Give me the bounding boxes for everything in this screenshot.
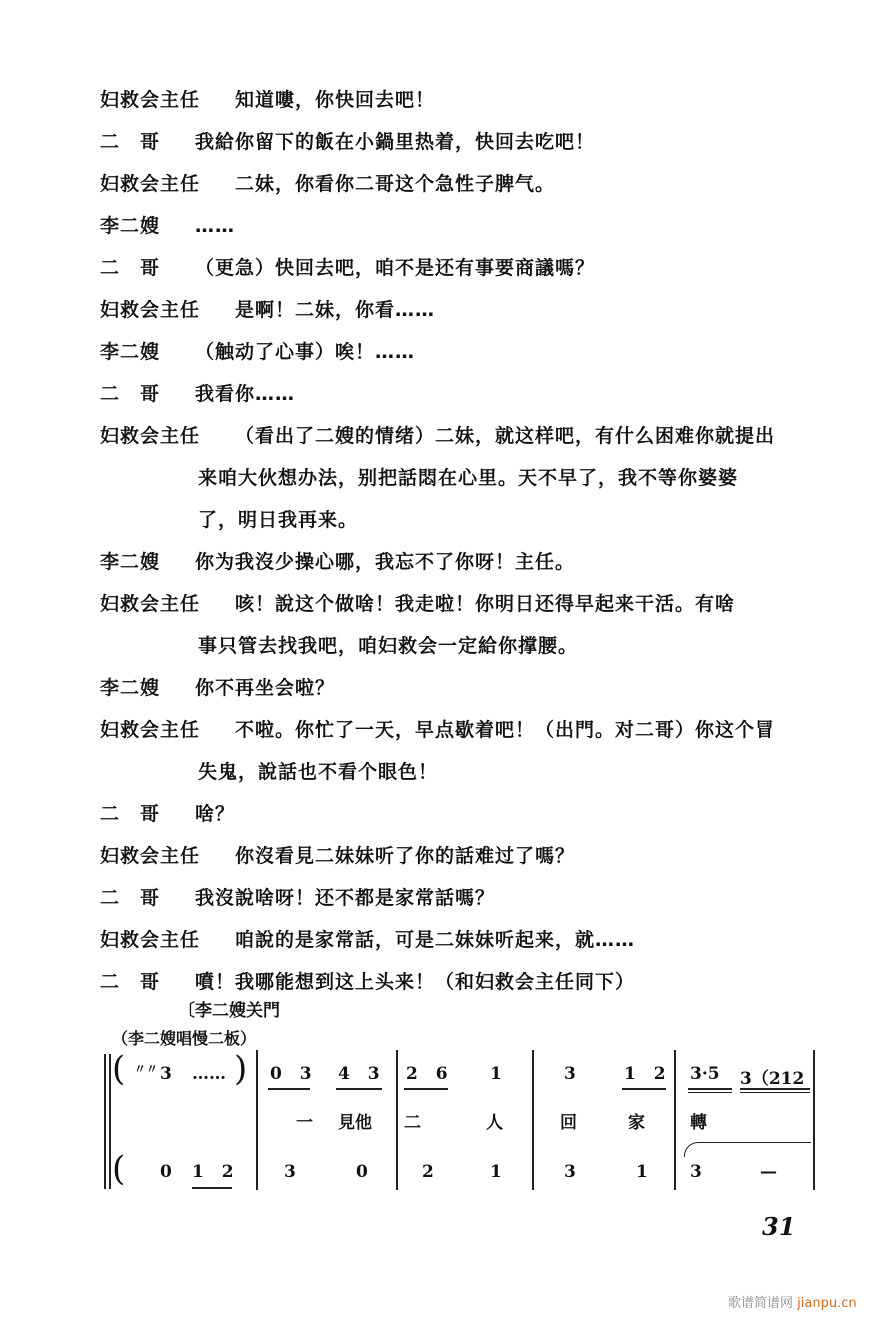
dialogue-text: 我給你留下的飯在小鍋里热着，快回去吃吧！ [195,131,595,153]
underline [740,1088,810,1090]
speaker-name: 妇救会主任 [100,424,235,448]
underline [688,1092,732,1093]
speaker-name: 二 哥 [100,970,195,994]
note: 2 6 [406,1064,454,1084]
dialogue-text: …… [195,215,235,237]
speaker-name: 妇救会主任 [100,298,235,322]
dialogue-line: 妇救会主任是啊！二妹，你看…… [100,298,435,322]
dialogue-text: 你为我沒少操心哪，我忘不了你呀！主任。 [195,551,575,573]
note: 1 [490,1064,502,1084]
dialogue-text: （触动了心事）唉！…… [195,341,415,363]
speaker-name: 二 哥 [100,130,195,154]
dialogue-line: 妇救会主任（看出了二嫂的情绪）二妹，就这样吧，有什么困难你就提出 [100,424,775,448]
note: 3 [564,1162,576,1182]
dialogue-line: 妇救会主任二妹，你看你二哥这个急性子脾气。 [100,172,555,196]
speaker-name: 妇救会主任 [100,592,235,616]
system-bracket [109,1054,111,1189]
dialogue-line: 二 哥我沒說啥呀！还不都是家常話嗎？ [100,886,495,910]
watermark-cn: 歌谱简谱网 [728,1296,793,1311]
barline [674,1050,676,1190]
music-heading: （李二嫂唱慢二板） [112,1026,256,1049]
speaker-name: 李二嫂 [100,676,195,700]
speaker-name: 妇救会主任 [100,844,235,868]
note: 3 [690,1162,702,1182]
note: 2 [422,1162,434,1182]
dialogue-line: 妇救会主任咳！說这个做啥！我走啦！你明日还得早起来干活。有啥 [100,592,735,616]
dialogue-text: 我沒說啥呀！还不都是家常話嗎？ [195,887,495,909]
speaker-name: 妇救会主任 [100,88,235,112]
note: 3 [564,1064,576,1084]
dialogue-line: 李二嫂你为我沒少操心哪，我忘不了你呀！主任。 [100,550,575,574]
note: 1 [490,1162,502,1182]
dialogue-text: 啥？ [195,803,235,825]
dialogue-text: 不啦。你忙了一天，早点歇着吧！（出門。对二哥）你这个冒 [235,719,775,741]
dash-sustain: — [760,1162,777,1182]
dialogue-line: 二 哥我看你…… [100,382,295,406]
dialogue-line: 妇救会主任你沒看見二妹妹听了你的話难过了嗎？ [100,844,575,868]
underline [268,1088,310,1090]
dialogue-continuation: 来咱大伙想办法，别把話悶在心里。天不早了，我不等你婆婆 [198,466,738,490]
speaker-name: 二 哥 [100,802,195,826]
note: 0 3 [270,1064,318,1084]
speaker-name: 二 哥 [100,886,195,910]
note: 0 [160,1162,172,1182]
dialogue-text: 你不再坐会啦？ [195,677,335,699]
dialogue-line: 二 哥（更急）快回去吧，咱不是还有事要商議嗎？ [100,256,595,280]
dialogue-line: 二 哥我給你留下的飯在小鍋里热着，快回去吃吧！ [100,130,595,154]
speaker-name: 妇救会主任 [100,172,235,196]
dialogue-line: 妇救会主任咱說的是家常話，可是二妹妹听起来，就…… [100,928,635,952]
dialogue-text: 你沒看見二妹妹听了你的話难过了嗎？ [235,845,575,867]
note: 0 [356,1162,368,1182]
tremolo-mark: 〃〃 [134,1060,158,1077]
watermark: 歌谱简谱网 jianpu.cn [728,1292,857,1311]
barline [396,1050,398,1190]
watermark-en: jianpu.cn [797,1296,856,1311]
underline [192,1187,232,1189]
dialogue-line: 李二嫂你不再坐会啦？ [100,676,335,700]
dialogue-line: 李二嫂（触动了心事）唉！…… [100,340,415,364]
jianpu-score: ( ( 〃〃 3 …… ) 0 1 2 0 3 4 3 一 見他 3 0 2 6… [100,1050,815,1190]
close-paren: ) [234,1052,247,1086]
dialogue-text: 我看你…… [195,383,295,405]
lyric: 一 [296,1108,313,1133]
dialogue-text: 知道嘍，你快回去吧！ [235,89,435,111]
dialogue-line: 妇救会主任不啦。你忙了一天，早点歇着吧！（出門。对二哥）你这个冒 [100,718,775,742]
stage-direction: 〔李二嫂关門 [178,996,280,1021]
dialogue-line: 李二嫂…… [100,214,235,238]
dialogue-continuation: 事只管去找我吧，咱妇救会一定給你撑腰。 [198,634,578,658]
dialogue-text: 二妹，你看你二哥这个急性子脾气。 [235,173,555,195]
open-paren: ( [112,1152,125,1186]
dialogue-continuation: 了，明日我再来。 [198,508,358,532]
dialogue-text: 咳！說这个做啥！我走啦！你明日还得早起来干活。有啥 [235,593,735,615]
lyric: 人 [486,1108,503,1133]
dialogue-line: 二 哥啥？ [100,802,235,826]
barline [532,1050,534,1190]
note: 4 3 [338,1064,386,1084]
barline [813,1050,815,1190]
note: 1 [636,1162,648,1182]
dialogue-line: 妇救会主任知道嘍，你快回去吧！ [100,88,435,112]
dialogue-text: （更急）快回去吧，咱不是还有事要商議嗎？ [195,257,595,279]
underline [688,1088,732,1090]
lyric: 轉 [690,1108,707,1133]
speaker-name: 二 哥 [100,382,195,406]
speaker-name: 李二嫂 [100,550,195,574]
dialogue-line: 二 哥噴！我哪能想到这上头来！（和妇救会主任同下） [100,970,635,994]
note: 1 2 [192,1162,240,1182]
lyric: 見他 [338,1108,372,1133]
speaker-name: 二 哥 [100,256,195,280]
note: 3 [160,1064,172,1084]
underline [336,1088,382,1090]
note: 3 [284,1162,296,1182]
dialogue-continuation: 失鬼，說話也不看个眼色！ [198,760,438,784]
underline [740,1092,810,1093]
system-bracket [104,1054,106,1189]
dialogue-text: 噴！我哪能想到这上头来！（和妇救会主任同下） [195,971,635,993]
note: …… [192,1064,226,1084]
speaker-name: 妇救会主任 [100,718,235,742]
lyric: 家 [628,1108,645,1133]
underline [404,1088,448,1090]
lyric: 二 [404,1108,421,1133]
dialogue-text: 是啊！二妹，你看…… [235,299,435,321]
note: 3·5 [690,1064,720,1084]
note: 3（212 [740,1064,804,1089]
open-paren: ( [112,1052,125,1086]
speaker-name: 妇救会主任 [100,928,235,952]
underline [622,1088,666,1090]
dialogue-text: （看出了二嫂的情绪）二妹，就这样吧，有什么困难你就提出 [235,425,775,447]
dialogue-text: 咱說的是家常話，可是二妹妹听起来，就…… [235,929,635,951]
speaker-name: 李二嫂 [100,340,195,364]
barline [256,1050,258,1190]
tie-slur [684,1142,811,1157]
note: 1 2 [624,1064,672,1084]
speaker-name: 李二嫂 [100,214,195,238]
lyric: 回 [560,1108,577,1133]
page-number: 31 [762,1212,795,1241]
